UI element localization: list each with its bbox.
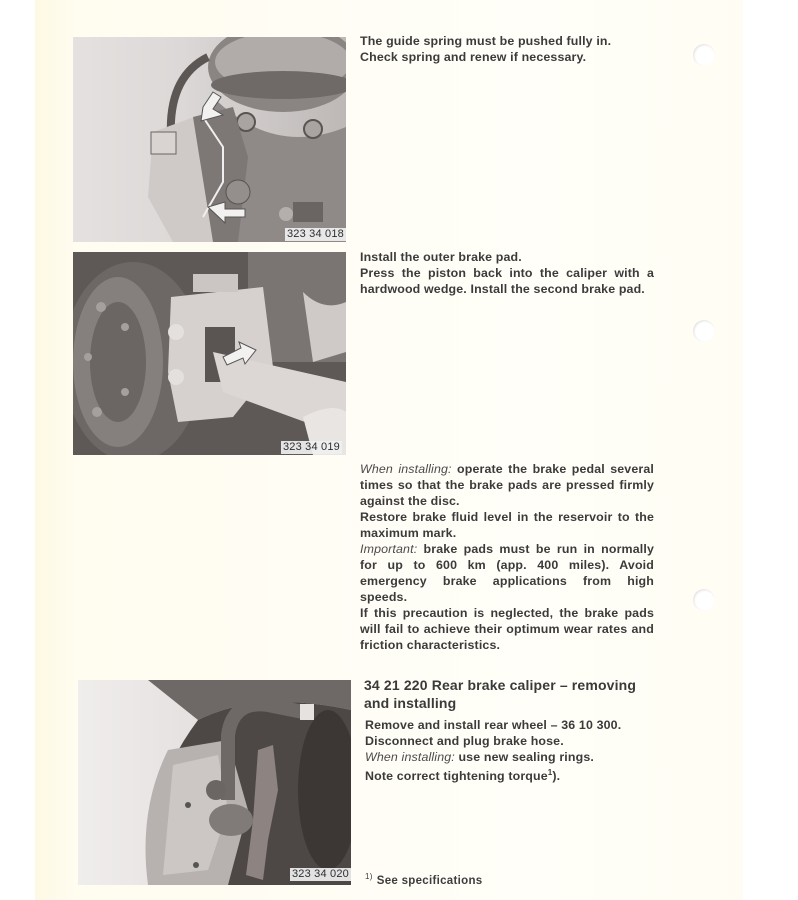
footnote: 1)See specifications [365, 872, 482, 887]
torque-text: Note correct tightening torque [365, 769, 548, 783]
when-installing-label: When installing: [360, 462, 452, 476]
footnote-marker: 1) [365, 872, 373, 881]
guide-spring-instructions: The guide spring must be pushed fully in… [360, 33, 654, 65]
disconnect-hose-text: Disconnect and plug brake hose. [365, 733, 659, 749]
when-installing-label: When installing: [365, 750, 455, 764]
operate-pedal-paragraph: When installing: operate the brake pedal… [360, 461, 654, 509]
punch-hole [693, 44, 715, 66]
figure-id-label: 323 34 018 [285, 228, 346, 241]
figure-id-label: 323 34 019 [281, 441, 342, 454]
punch-hole [693, 589, 715, 611]
torque-paragraph: Note correct tightening torque1). [365, 765, 659, 784]
restore-fluid-text: Restore brake fluid level in the reservo… [360, 509, 654, 541]
figure-install-pad-photo: 323 34 019 [73, 252, 346, 455]
guide-spring-text: The guide spring must be pushed fully in… [360, 33, 654, 49]
important-label: Important: [360, 542, 417, 556]
important-paragraph: Important: brake pads must be run in nor… [360, 541, 654, 605]
when-installing-instructions: When installing: operate the brake pedal… [360, 461, 654, 653]
page-margin [743, 0, 798, 900]
sealing-rings-text: use new sealing rings. [455, 750, 594, 764]
remove-wheel-text: Remove and install rear wheel – 36 10 30… [365, 717, 659, 733]
figure-guide-spring-photo: 323 34 018 [73, 37, 346, 242]
install-pads-instructions: Install the outer brake pad. Press the p… [360, 249, 654, 297]
figure-id-label: 323 34 020 [290, 868, 351, 881]
check-spring-text: Check spring and renew if necessary. [360, 49, 654, 65]
section-number: 34 21 220 [364, 677, 428, 693]
sealing-rings-paragraph: When installing: use new sealing rings. [365, 749, 659, 765]
footnote-text: See specifications [377, 875, 483, 887]
install-outer-pad-text: Install the outer brake pad. [360, 249, 654, 265]
figure-rear-caliper-photo: 323 34 020 [78, 680, 351, 885]
press-piston-text: Press the piston back into the caliper w… [360, 265, 654, 297]
torque-end: ). [552, 769, 560, 783]
punch-hole [693, 320, 715, 342]
precaution-text: If this precaution is neglected, the bra… [360, 605, 654, 653]
rear-caliper-instructions: Remove and install rear wheel – 36 10 30… [365, 717, 659, 784]
section-heading: 34 21 220 Rear brake caliper – removing … [364, 676, 656, 712]
